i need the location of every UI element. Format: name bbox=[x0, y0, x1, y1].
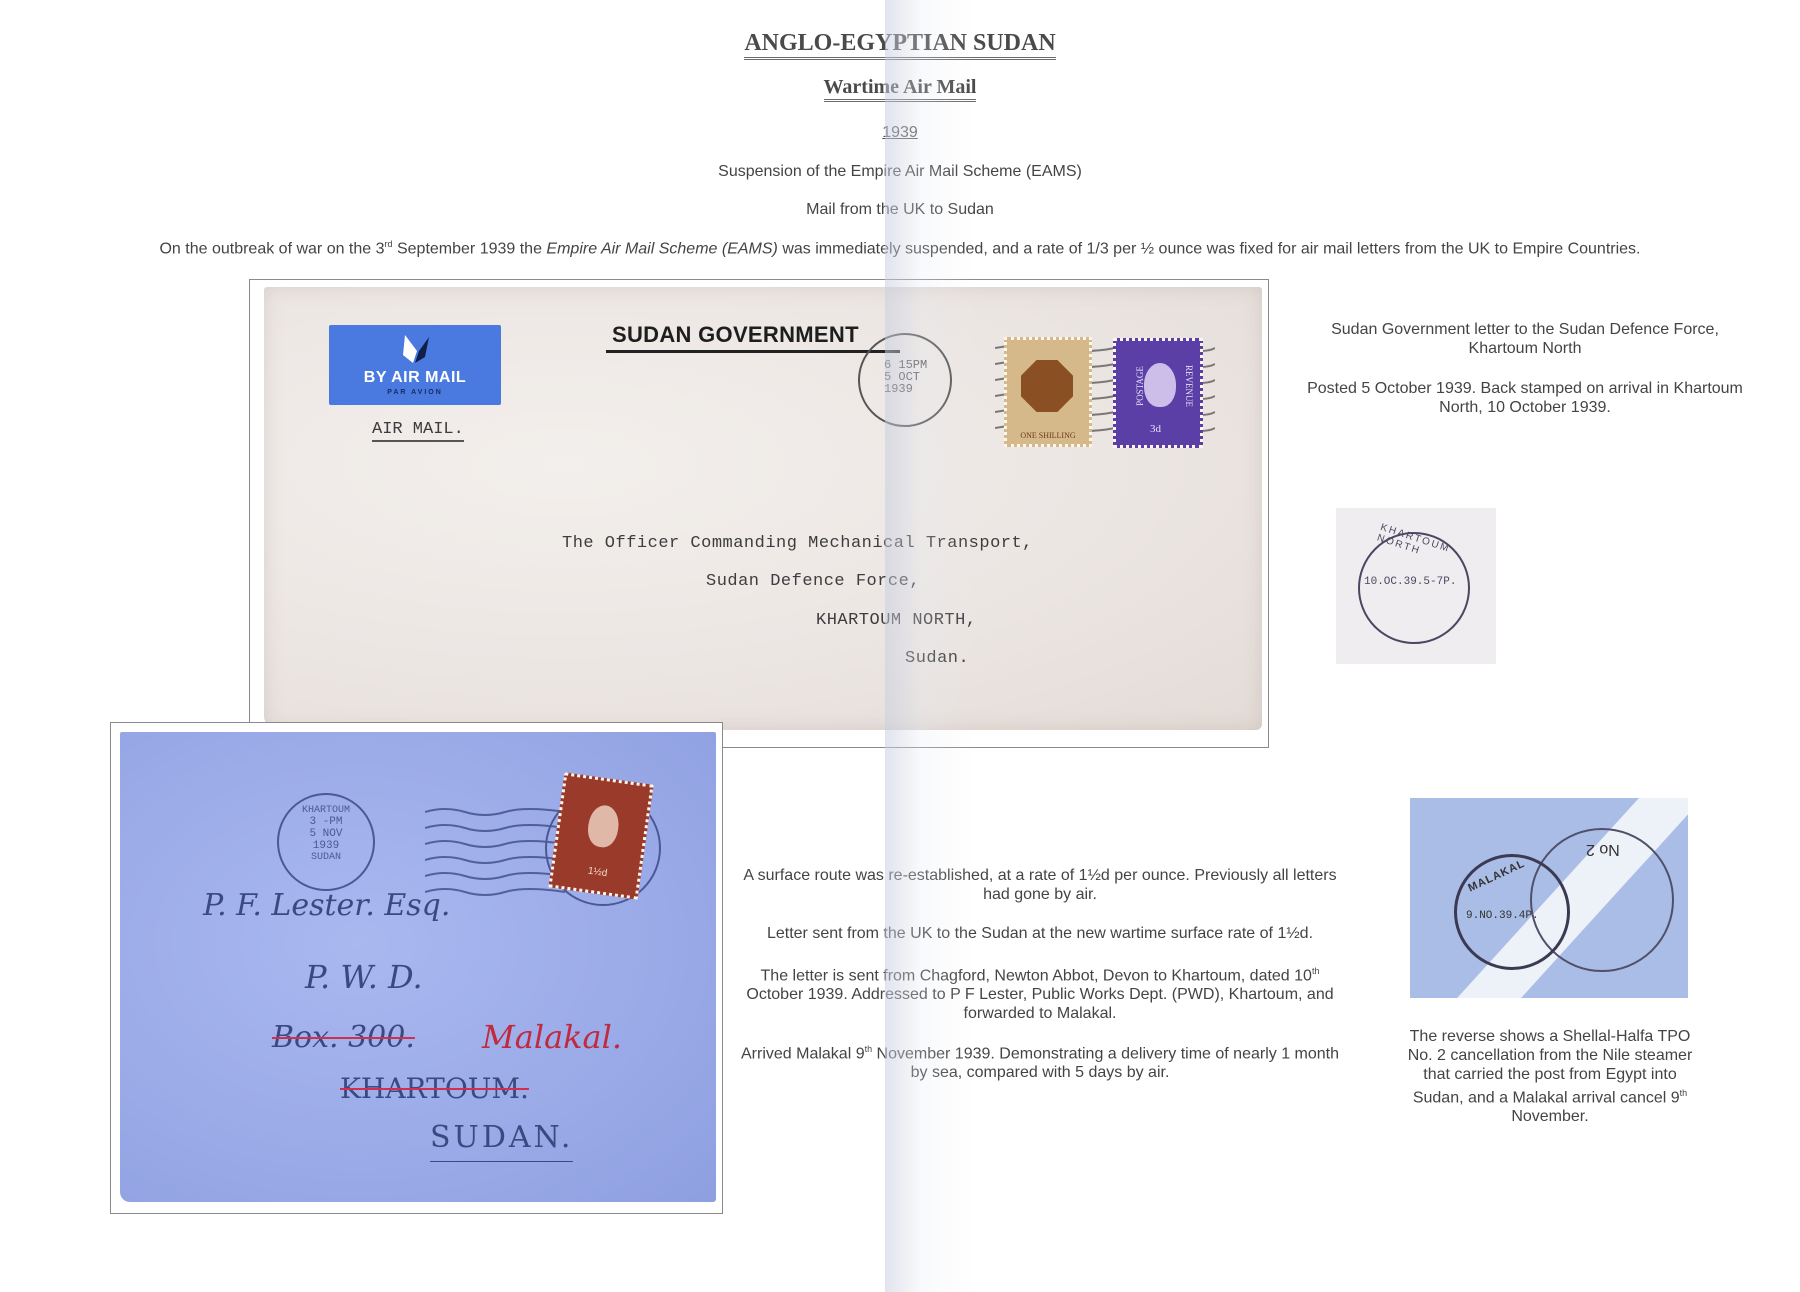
par-avion-text: PAR AVION bbox=[329, 389, 501, 396]
stamp-value: 1½d bbox=[587, 866, 608, 880]
postmark-time: 3 -PM bbox=[279, 816, 373, 828]
heading-mail-route: Mail from the UK to Sudan bbox=[0, 201, 1800, 219]
airmail-etiquette: BY AIR MAIL PAR AVION bbox=[329, 325, 501, 405]
postmark-country: SUDAN bbox=[279, 852, 373, 863]
page-subtitle: Wartime Air Mail bbox=[0, 76, 1800, 99]
caption-arrival: Arrived Malakal 9th November 1939. Demon… bbox=[740, 1040, 1340, 1082]
caption-cover-1-description: Sudan Government letter to the Sudan Def… bbox=[1305, 320, 1745, 358]
malakal-backstamp: No 2 MALAKAL 9.NO.39.4P. bbox=[1410, 798, 1688, 998]
backstamp-date: 9.NO.39.4P. bbox=[1466, 910, 1539, 922]
handwritten-sudan: SUDAN. bbox=[430, 1120, 573, 1162]
stamp-postage-text: POSTAGE bbox=[1135, 366, 1145, 406]
handwritten-khartoum-struck: KHARTOUM. bbox=[340, 1072, 529, 1105]
handwritten-malakal-forwarding: Malakal. bbox=[482, 1018, 622, 1056]
postmark-year: 1939 bbox=[884, 383, 927, 395]
airmail-label-text: BY AIR MAIL bbox=[329, 369, 501, 387]
khartoum-north-backstamp: KHARTOUM NORTH 10.OC.39.5-7P. bbox=[1336, 508, 1496, 664]
stamp-three-halfpence: 1½d bbox=[548, 772, 653, 899]
caption-route-details: The letter is sent from Chagford, Newton… bbox=[740, 962, 1340, 1023]
typed-airmail: AIR MAIL. bbox=[372, 420, 464, 442]
handwritten-box-struck: Box. 300. bbox=[272, 1020, 415, 1055]
king-portrait-icon bbox=[1021, 360, 1073, 412]
postmark-date: 5 NOV bbox=[279, 828, 373, 840]
stamp-one-shilling: ONE SHILLING bbox=[1004, 337, 1092, 447]
handwritten-addressee: P. F. Lester. Esq. bbox=[203, 888, 450, 923]
tpo-number: No 2 bbox=[1586, 840, 1620, 858]
header-underline bbox=[606, 350, 900, 353]
intro-paragraph: On the outbreak of war on the 3rd Septem… bbox=[0, 239, 1800, 258]
machine-cancel-lines bbox=[425, 800, 565, 900]
caption-cover-1-dates: Posted 5 October 1939. Back stamped on a… bbox=[1305, 379, 1745, 417]
page-year: 1939 bbox=[0, 124, 1800, 142]
heading-suspension: Suspension of the Empire Air Mail Scheme… bbox=[0, 163, 1800, 181]
address-line-2: Sudan Defence Force, bbox=[706, 572, 920, 591]
wing-logo-icon bbox=[399, 333, 433, 365]
stamp-three-pence: POSTAGE REVENUE 3d bbox=[1113, 338, 1203, 448]
postmark-year: 1939 bbox=[279, 840, 373, 852]
stamp-value: 3d bbox=[1150, 423, 1161, 435]
caption-surface-rate: Letter sent from the UK to the Sudan at … bbox=[740, 924, 1340, 943]
stamp-revenue-text: REVENUE bbox=[1184, 365, 1194, 407]
king-portrait-icon bbox=[1144, 363, 1176, 407]
address-line-4: Sudan. bbox=[905, 649, 969, 668]
handwritten-pwd: P. W. D. bbox=[305, 958, 423, 996]
address-line-1: The Officer Commanding Mechanical Transp… bbox=[562, 534, 1033, 553]
khartoum-postmark: KHARTOUM 3 -PM 5 NOV 1939 SUDAN bbox=[277, 793, 375, 891]
postmark-town: KHARTOUM bbox=[279, 805, 373, 816]
caption-reverse: The reverse shows a Shellal-Halfa TPO No… bbox=[1400, 1027, 1700, 1126]
king-portrait-icon bbox=[586, 803, 622, 849]
london-postmark: 6 15PM 5 OCT 1939 bbox=[858, 333, 952, 427]
caption-surface-route: A surface route was re-established, at a… bbox=[740, 866, 1340, 904]
stamp-value: ONE SHILLING bbox=[1007, 431, 1089, 440]
address-line-3: KHARTOUM NORTH, bbox=[816, 611, 977, 630]
printed-header: SUDAN GOVERNMENT bbox=[612, 322, 859, 348]
page-title: ANGLO-EGYPTIAN SUDAN bbox=[0, 30, 1800, 57]
backstamp-date: 10.OC.39.5-7P. bbox=[1364, 576, 1456, 588]
